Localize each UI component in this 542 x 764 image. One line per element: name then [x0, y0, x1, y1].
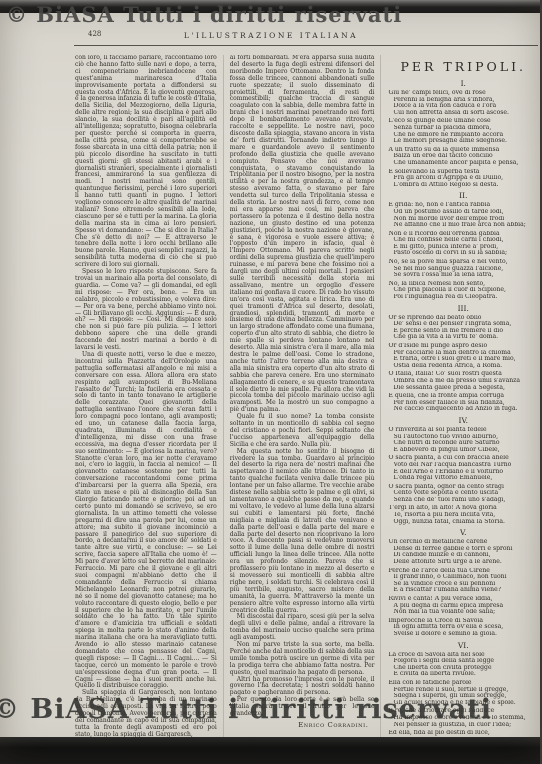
poem-line: Od un postumo assillo di tarde lodi,	[388, 209, 538, 216]
paragraph: Quale fu il suo nome? La tomba consiste …	[230, 414, 375, 449]
poem-line: Non è il ricordo dell'orrenda gabbia	[388, 231, 538, 238]
poem-line: Ostia della redenta Africa, a Roma.	[388, 363, 538, 370]
poem-line: La croce di Savoia alta nel sole	[388, 652, 538, 659]
poem-line: No, la libica Nemesi non sento,	[388, 281, 538, 288]
poem-line: Dolce a la vita non caduca è l'ora	[388, 103, 538, 110]
poem-line: E quella, che la fronte ampia corruga	[388, 393, 538, 400]
poem-stanza: Perché de l'arce della tua CireneIl gran…	[388, 568, 538, 594]
middle-column: ai forti bombardati. M'era apparsa sulla…	[223, 55, 381, 737]
paragraph: Sulla spiaggia di Gargaresch, non lontan…	[75, 690, 217, 737]
header-rule	[74, 45, 538, 46]
poem-line: L'eco si giunge delle umane cose	[388, 118, 538, 125]
poem-line: Perché de l'arce della tua Cirene	[388, 568, 538, 575]
poem-line: Che mi confisse nelle carni i chiodi,	[388, 237, 538, 244]
article-signature: Enrico Corradini.	[230, 721, 375, 729]
poem-line: Balza un eroe dal tacito concilio	[388, 153, 538, 160]
poem-line: Diè sessanta galee preda a Segesta,	[388, 385, 538, 392]
poem-column: PER TRIPOLI. I.Giù ne' campi felici, ove…	[380, 55, 538, 737]
poem-line: Se la vindice croce è sui pennoni	[388, 581, 538, 588]
poem-line: Te, risorta a più fiera inclita vita,	[388, 512, 538, 519]
poem-line: Rivivi e canta! A più verace iddia,	[388, 596, 538, 603]
poem-line: Cento volte sepolta e cento uscita	[388, 490, 538, 497]
poem-line: Che umanamente ancor palpita e pensa,	[388, 160, 538, 167]
poem-section-numeral: III.	[388, 304, 538, 313]
poem-line: Né affanno che il mio frale arca non abb…	[388, 222, 538, 229]
poem-stanza: Non è il ricordo dell'orrenda gabbiaChe …	[388, 231, 538, 257]
poem-line: Fertile rende il suol, fertile il gregge…	[388, 687, 538, 694]
poem-line: Ella con le fatidiche parole	[388, 680, 538, 687]
poem-title: PER TRIPOLI.	[388, 59, 538, 74]
poem-line: A un tratto su da la quiete immensa	[388, 147, 538, 154]
poem-line: Or d'Iside mi punge aspro desio	[388, 343, 538, 350]
poem-section-numeral: V.	[388, 528, 538, 537]
poem-section-numeral: II.	[388, 191, 538, 200]
poem-line: Or se riprendo dal beato oblio	[388, 315, 538, 322]
poem-line: Che libertà con civiltà protegge	[388, 665, 538, 672]
poem-line: E grida: no, non è l'antica rabbia	[388, 202, 538, 209]
poem-stanza: Ella con le fatidiche paroleFertile rend…	[388, 680, 538, 706]
poem-line: Il re, che a trionfare oggi l'adduce	[388, 708, 538, 715]
poem-line: T'ergi in alto, in alto! A nova gloria	[388, 505, 538, 512]
poem-line: A più degna di carmi epica impresa	[388, 603, 538, 610]
poem-line: E abbeverò di pingui umor Cibele,	[388, 447, 538, 454]
poem-line: Ne cacciò cinquecento ad Anzio in fuga.	[388, 406, 538, 413]
poem-line: Per non esser fallace in sua fidanza,	[388, 400, 538, 407]
poem-stanza: O sacra pianta, ognor da cento stragiCen…	[388, 484, 538, 504]
poem-line: L'ombra di Attilio Regolo si desta.	[388, 182, 538, 189]
poem-stanza: L'eco si giunge delle umane coseSenza tu…	[388, 118, 538, 144]
poem-line: Giù ne' campi felici, ove di rose	[388, 90, 538, 97]
poem-stanza: A un tratto su da la quiete immensaBalza…	[388, 147, 538, 167]
poem-line: È perché sento in me fremere il dio	[388, 328, 538, 335]
poem-stanza: Imperocché la Croce di SavoiaIn ogni aff…	[388, 618, 538, 638]
poem-line: O sacra pianta, a cui con braccia anele	[388, 455, 538, 462]
poem-line: Di candide milizie e di cannoni,	[388, 552, 538, 559]
poem-line: Svelse il dolore e seminò la gioia.	[388, 631, 538, 638]
poem-line: E trarla, oltre i suoi greti e il mare m…	[388, 356, 538, 363]
poem-stanza: Or se riprendo dal beato oblioDe' sensi …	[388, 315, 538, 341]
paragraph: ai forti bombardati. M'era apparsa sulla…	[230, 55, 375, 414]
scanned-magazine-page: © BiASA Tutti i diritti riservati 428 L'…	[0, 0, 542, 764]
poem-stanza: E quella, che la fronte ampia corrugaPer…	[388, 393, 538, 413]
poem-line: Se nel mio sangue guazza l'alcione,	[388, 266, 538, 273]
paragraph: Non mi parve triste la sua sorte, ma bel…	[230, 642, 375, 677]
poem-line: E mi gittò, punica inferie a' prodi,	[388, 244, 538, 251]
poem-line: E dell'Arno e l'Eridano e il Volturno	[388, 469, 538, 476]
paragraph: Una di queste notti, verso le due e mezz…	[75, 352, 217, 690]
poem-line: Le memori presaghe alme sdegnose.	[388, 138, 538, 145]
poem-line: Per cacciarle la man dentro la chioma	[388, 350, 538, 357]
scan-edge-top	[0, 0, 542, 13]
paragraph: Spesso le loro risposte stupiscono. Sere…	[75, 269, 217, 352]
poem-stanza: E sollevando la superba testaFra gli arc…	[388, 169, 538, 189]
poem-sections: I.Giù ne' campi felici, ove di rosePeren…	[388, 79, 538, 737]
scan-edge-bottom	[0, 737, 542, 764]
poem-line: Senza che de' tuoi rami uno s'adagi,	[388, 497, 538, 504]
page-content: con loro, li facciamo parlare, raccontia…	[75, 55, 538, 737]
poem-line: Ché pria placolla il cuor di Scipione,	[388, 287, 538, 294]
masthead-title: L'ILLUSTRAZIONE ITALIANA	[0, 31, 542, 40]
poem-line: Non mi morde livor dell'empie frodi	[388, 216, 538, 223]
middle-column-text: ai forti bombardati. M'era apparsa sulla…	[230, 55, 375, 718]
poem-section-numeral: I.	[388, 79, 538, 88]
poem-line: Nel pensier la giustizia, in cuor l'idea…	[388, 722, 538, 729]
poem-stanza: Ed ella, fida al pio destin di luce,Come…	[388, 730, 538, 737]
poem-line: E sollevando la superba testa	[388, 169, 538, 176]
poem-line: Ché né dimore né rimpianto accora	[388, 132, 538, 139]
poem-line: Ed ella, fida al pio destin di luce,	[388, 730, 538, 737]
poem-line: Oggi, nunzia fatal, chiama la Storia.	[388, 519, 538, 526]
poem-line: Che già la vita a la virtù fe' doma.	[388, 334, 538, 341]
poem-stanza: O Italia, Italia! Co' suoi rostri questa…	[388, 371, 538, 391]
paragraph: Mi discostai dal riparo, scesi giù per l…	[230, 614, 375, 642]
poem-line: Fra gli arconi d'Agrippa e di Duilio,	[388, 175, 538, 182]
poem-line: Perenni la benigna aria s'infiora,	[388, 97, 538, 104]
left-column: con loro, li facciamo parlare, raccontia…	[75, 55, 223, 737]
poem-line: Se sovra l'ossa mie la iena latra,	[388, 272, 538, 279]
poem-line: Votò del Nar l'acqua biancastra Turno	[388, 462, 538, 469]
poem-line: Poi l'inguinaglia rea di Cleopatra.	[388, 294, 538, 301]
poem-line: In ogni afflitta terra ov'ella è scesa,	[388, 624, 538, 631]
paragraph: con loro, li facciamo parlare, raccontia…	[75, 55, 217, 269]
poem-line: Delle attonite Sirti urge a le arene.	[388, 559, 538, 566]
poem-line: Folgora i segni della santa legge	[388, 658, 538, 665]
poem-stanza: E grida: no, non è l'antica rabbiaOd un …	[388, 202, 538, 228]
poem-stanza: T'ergi in alto, in alto! A nova gloriaTe…	[388, 505, 538, 525]
poem-stanza: Un cerchio di metalliche careneDense di …	[388, 539, 538, 565]
poem-stanza: Il re, che a trionfare oggi l'adduceHa i…	[388, 708, 538, 728]
poem-line: E a riscattar l'umana anima viene?	[388, 587, 538, 594]
poem-line: Sdegna i superbi, gli umili sorregge,	[388, 693, 538, 700]
poem-stanza: Rivivi e canta! A più verace iddia,A più…	[388, 596, 538, 616]
poem-stanza: Giù ne' campi felici, ove di rosePerenni…	[388, 90, 538, 116]
poem-line: Ombra che a me da presso umil s'avanza	[388, 378, 538, 385]
poem-line: Imperocché la Croce di Savoia	[388, 618, 538, 625]
paragraph: Ma questa notte ho sentito il bisogno di…	[230, 449, 375, 615]
poem-line: Che nutri di feconde aure Saturno	[388, 440, 538, 447]
poem-line: No, se la polve mia sparsa è nel vento,	[388, 259, 538, 266]
poem-line: O sacra pianta, ognor da cento stragi	[388, 484, 538, 491]
poem-stanza: No, se la polve mia sparsa è nel vento,S…	[388, 259, 538, 279]
poem-stanza: O sacra pianta, a cui con braccia aneleV…	[388, 455, 538, 481]
poem-section-numeral: VI.	[388, 641, 538, 650]
poem-line: Pasto osceno di corvi in su la sabbia;	[388, 250, 538, 257]
poem-line: Su l'autoctono tuo vivido alburno,	[388, 434, 538, 441]
poem-line: Il grand'inno, o Callimaco, non tuoni	[388, 574, 538, 581]
poem-stanza: La croce di Savoia alta nel soleFolgora …	[388, 652, 538, 678]
poem-line: Dense di ferree gabbie e torri e sproni	[388, 546, 538, 553]
poem-section-numeral: IV.	[388, 416, 538, 425]
poem-line: Senza turbar la placida dimora,	[388, 125, 538, 132]
poem-line: De' sensi e del pensier l'ingrata soma,	[388, 321, 538, 328]
paragraph: Per questo, la loro sorte è e sarà bella…	[230, 697, 375, 718]
poem-line: Un cerchio di metalliche carene	[388, 539, 538, 546]
poem-line: Gli aculei schioda e ne fa pialle e spol…	[388, 700, 538, 707]
poem-line: Ha impresso onore e fede in su lo stemma…	[388, 715, 538, 722]
poem-line: Non mai la tua volante ode salìa;	[388, 609, 538, 616]
poem-line: L'onda regal Vittorio Emanuele,	[388, 475, 538, 482]
paragraph: Altri ha promosso l'impresa con le parol…	[230, 677, 375, 698]
poem-stanza: O rinverdita al sol pianta fedeleSu l'au…	[388, 427, 538, 453]
poem-stanza: Or d'Iside mi punge aspro desioPer cacci…	[388, 343, 538, 369]
poem-line: O Italia, Italia! Co' suoi rostri questa	[388, 371, 538, 378]
poem-line: O rinverdita al sol pianta fedele	[388, 427, 538, 434]
poem-line: Cui non affretta ansia di sorti ascose.	[388, 110, 538, 117]
poem-line: E civiltà da libertà rivuole.	[388, 671, 538, 678]
poem-stanza: No, la libica Nemesi non sento,Ché pria …	[388, 281, 538, 301]
